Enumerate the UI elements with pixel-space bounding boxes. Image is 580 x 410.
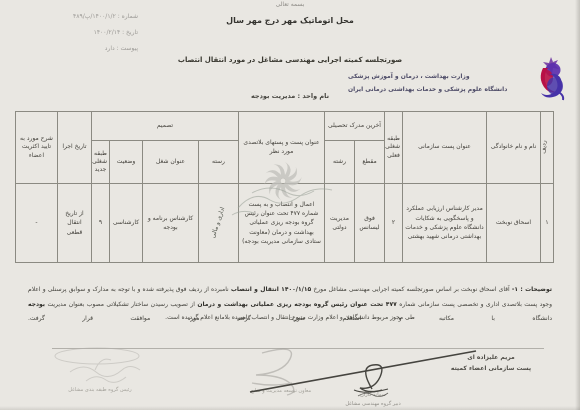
col-header-category: رسته [198,141,238,184]
unit-line: نام واحد : مدیریت بودجه [0,92,580,100]
ministry-line1: وزارت بهداشت ، درمان و آموزش پزشکی [348,71,538,84]
col-header-row-no: ردیف [541,112,554,184]
cell-exec-date: از تاریخ انتقال قطعی [57,184,91,263]
page-bottom-shadow [0,406,580,410]
letter-attachment: پیوست : دارد [30,45,138,52]
stamp-left [55,348,140,382]
signature-left-caption: رئیس گروه طبقه بندی مشاغل [52,386,148,395]
cell-name: اسحاق نوبخت [487,184,541,263]
signature-mid-caption: معاون توسعه مدیریت و منابع [243,387,319,395]
letterhead-meta: شماره : ۱۴۰۰/۱/۲/پ/۴۸۹ تاریخ : ۱۴۰۰/۲/۱۴… [30,13,138,61]
notes-label: توضیحات : ۱- [512,286,552,293]
col-header-exec-date: تاریخ اجرا [57,112,91,184]
col-header-degree-level: مقطع [355,141,385,184]
col-group-decision: تصمیم [91,112,238,141]
besmele-text: بسمه تعالی [0,1,580,8]
signer-name: سمانه کاران [330,391,416,400]
cell-current-post: مدیر کارشناس ارزیابی عملکرد و پاسخگویی ب… [403,184,487,263]
col-header-job-title: عنوان شغل [142,141,198,184]
col-header-degree-field: رشته [324,141,354,184]
col-header-new-class: طبقه شغلی جدید [91,141,109,184]
col-header-name: نام و نام خانوادگی [487,112,541,184]
cell-status: کارشناسی [109,184,142,263]
col-header-status: وضعیت [109,141,142,184]
signer-role: پست سازمانی اعضاء کمیته [436,363,546,374]
cell-degree-field: مدیریت دولتی [324,184,354,263]
signature-right-block: مریم علیزاده ای پست سازمانی اعضاء کمیته [436,352,546,375]
cell-current-class: ۲ [385,184,403,263]
col-header-description: شرح مورد به تایید اکثریت اعضاء [15,112,57,184]
signature-divider [52,348,544,349]
cell-vacant-post: اعمال و انتصاب و به پست شماره ۴۷۷ تحت عن… [238,184,324,263]
cell-category: اداری و مالی [198,184,238,263]
col-header-current-class: طبقه شغلی فعلی [385,112,403,184]
col-group-degree: آخرین مدرک تحصیلی [324,112,384,141]
col-header-current-post: عنوان پست سازمانی [403,112,487,184]
cell-new-class: ۹ [91,184,109,263]
notes-last-line: طی مجوز مربوط دانشگاهی و اعلام وزارت متب… [0,314,580,321]
scanned-document-page: بسمه تعالی محل اتوماتیک مهر درج مهر سال … [0,0,580,410]
committee-table: ردیف نام و نام خانوادگی عنوان پست سازمان… [15,111,554,263]
subject-line: صورتجلسه کمیته اجرایی مهندسی مشاغل در مو… [0,56,580,64]
signer-name: مریم علیزاده ای [436,352,546,363]
page-edge-shadow [575,0,580,410]
cell-description: - [15,184,57,263]
col-header-vacant-post: عنوان پست و پستهای بلاتصدی مورد نظر [238,112,324,184]
letter-number: شماره : ۱۴۰۰/۱/۲/پ/۴۸۹ [30,13,138,20]
letter-date: تاریخ : ۱۴۰۰/۲/۱۴ [30,29,138,36]
cell-job-title: کارشناس برنامه و بودجه [142,184,198,263]
cell-row-no: ۱ [541,184,554,263]
cell-degree-level: فوق لیسانس [355,184,385,263]
